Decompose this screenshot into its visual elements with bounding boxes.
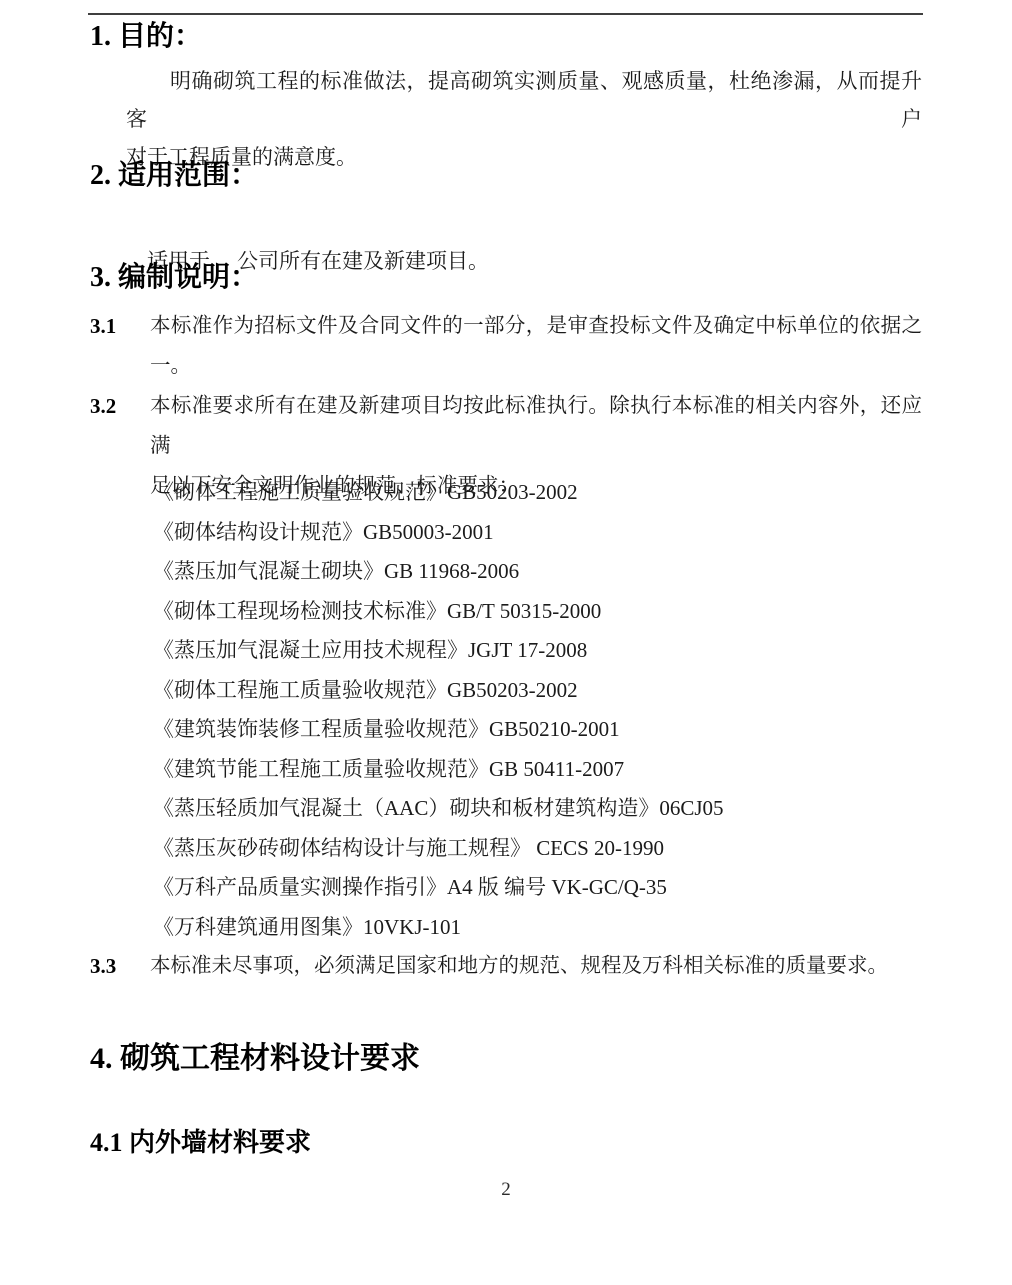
clause-text: 本标准未尽事项，必须满足国家和地方的规范、规程及万科相关标准的质量要求。: [150, 946, 922, 986]
clause-number: 3.2: [90, 386, 116, 426]
section-heading-wall-materials: 4.1 内外墙材料要求: [90, 1130, 311, 1156]
clause-text: 本标准作为招标文件及合同文件的一部分，是审查投标文件及确定中标单位的依据之 一。: [150, 306, 922, 386]
clause-line: 一。: [150, 346, 922, 386]
section-heading-purpose: 1. 目的：: [90, 23, 202, 51]
clause-line: 本标准作为招标文件及合同文件的一部分，是审查投标文件及确定中标单位的依据之: [150, 306, 922, 346]
section-heading-notes: 3. 编制说明：: [90, 264, 258, 292]
standard-item: 《建筑节能工程施工质量验收规范》GB 50411-2007: [153, 750, 933, 790]
page-number: 2: [0, 1179, 1012, 1201]
clause-number: 3.1: [90, 306, 116, 346]
standard-item: 《蒸压加气混凝土应用技术规程》JGJT 17-2008: [153, 631, 933, 671]
scope-paragraph: 适用于公司所有在建及新建项目。: [126, 204, 489, 318]
purpose-paragraph: 明确砌筑工程的标准做法，提高砌筑实测质量、观感质量，杜绝渗漏，从而提升客户 对于…: [126, 62, 922, 176]
clause-number: 3.3: [90, 946, 116, 986]
purpose-line-1: 明确砌筑工程的标准做法，提高砌筑实测质量、观感质量，杜绝渗漏，从而提升客户: [126, 62, 922, 138]
section-heading-scope: 2. 适用范围：: [90, 162, 258, 190]
standard-item: 《砌体工程施工质量验收规范》GB50203-2002: [153, 671, 933, 711]
clause-3-3: 3.3 本标准未尽事项，必须满足国家和地方的规范、规程及万科相关标准的质量要求。: [90, 946, 922, 986]
document-page: 1. 目的： 明确砌筑工程的标准做法，提高砌筑实测质量、观感质量，杜绝渗漏，从而…: [0, 0, 1012, 1285]
standards-list: 《砌体工程施工质量验收规范》GB50203-2002 《砌体结构设计规范》GB5…: [153, 473, 933, 947]
scope-text: 公司所有在建及新建项目。: [237, 249, 489, 273]
header-rule: [88, 13, 923, 15]
standard-item: 《万科建筑通用图集》10VKJ-101: [153, 908, 933, 948]
clause-line: 本标准要求所有在建及新建项目均按此标准执行。除执行本标准的相关内容外，还应满: [150, 386, 922, 466]
standard-item: 《砌体工程现场检测技术标准》GB/T 50315-2000: [153, 592, 933, 632]
standard-item: 《蒸压轻质加气混凝土（AAC）砌块和板材建筑构造》06CJ05: [153, 789, 933, 829]
clause-line: 本标准未尽事项，必须满足国家和地方的规范、规程及万科相关标准的质量要求。: [150, 946, 922, 986]
clause-3-1: 3.1 本标准作为招标文件及合同文件的一部分，是审查投标文件及确定中标单位的依据…: [90, 306, 922, 386]
standard-item: 《建筑装饰装修工程质量验收规范》GB50210-2001: [153, 710, 933, 750]
standard-item: 《万科产品质量实测操作指引》A4 版 编号 VK-GC/Q-35: [153, 868, 933, 908]
standard-item: 《蒸压加气混凝土砌块》GB 11968-2006: [153, 552, 933, 592]
section-heading-materials: 4. 砌筑工程材料设计要求: [90, 1044, 420, 1074]
standard-item: 《砌体结构设计规范》GB50003-2001: [153, 513, 933, 553]
standard-item: 《蒸压灰砂砖砌体结构设计与施工规程》 CECS 20-1990: [153, 829, 933, 869]
standard-item: 《砌体工程施工质量验收规范》GB50203-2002: [153, 473, 933, 513]
